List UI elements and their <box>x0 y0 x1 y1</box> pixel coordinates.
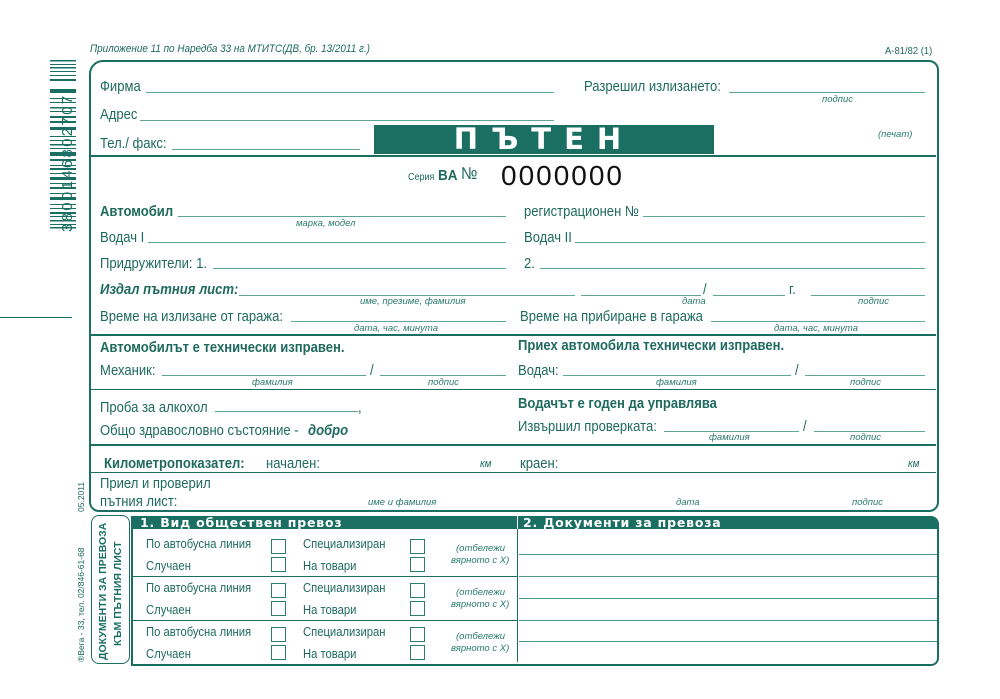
mark-note-1: (отбележи <box>456 587 505 598</box>
checked-signature-hint: подпис <box>850 432 881 443</box>
option-goods: На товари <box>303 603 356 617</box>
tech-driver-surname-field[interactable] <box>563 375 791 376</box>
option-specialized: Специализиран <box>303 537 385 551</box>
doc-line-3[interactable] <box>519 598 937 599</box>
checkbox-bus-line[interactable] <box>271 627 286 642</box>
date-code: 05.2011 <box>76 482 86 512</box>
mechanic-signature-field[interactable] <box>380 375 506 376</box>
option-bus-line: По автобусна линия <box>146 537 251 551</box>
transport-table <box>131 516 939 666</box>
driver1-field[interactable] <box>148 242 506 243</box>
tech-driver-label: Водач: <box>518 363 559 379</box>
mechanic-signature-hint: подпис <box>428 377 459 388</box>
odometer-label: Километропоказател: <box>104 456 245 472</box>
series-label: Серия <box>408 172 434 183</box>
odometer-end-label: краен: <box>520 456 558 472</box>
companion2-field[interactable] <box>540 268 925 269</box>
companion1-field[interactable] <box>213 268 506 269</box>
tech-driver-surname-hint: фамилия <box>656 377 697 388</box>
odometer-start-unit: км <box>480 458 491 470</box>
barcode-number: 3800146802707 <box>59 94 76 232</box>
checkbox-specialized[interactable] <box>410 627 425 642</box>
authorized-label: Разрешил излизането: <box>584 79 721 95</box>
option-occasional: Случаен <box>146 603 191 617</box>
checkbox-goods[interactable] <box>410 645 425 660</box>
mark-note-2: вярното с X) <box>451 555 509 566</box>
accepted-label-line1: Приел и проверил <box>100 476 211 492</box>
mechanic-slash: / <box>370 363 374 379</box>
driver2-field[interactable] <box>575 242 925 243</box>
alcohol-comma: , <box>358 400 362 416</box>
row-divider <box>133 576 518 577</box>
odometer-end-unit: км <box>908 458 919 470</box>
tech-driver-signature-hint: подпис <box>850 377 881 388</box>
phone-label: Тел./ факс: <box>100 136 167 152</box>
departure-hint: дата, час, минута <box>354 323 438 334</box>
option-occasional: Случаен <box>146 647 191 661</box>
docs-title-line2: КЪМ ПЪТНИЯ ЛИСТ <box>112 541 124 646</box>
issued-label: Издал пътния лист: <box>100 282 238 298</box>
accepted-label-line2: пътния лист: <box>100 494 177 510</box>
authorized-signature-field[interactable] <box>729 92 925 93</box>
firm-label: Фирма <box>100 79 141 95</box>
tech-received-label: Приех автомобила технически изправен. <box>518 338 784 354</box>
signature-hint: подпис <box>822 94 853 105</box>
fit-label: Водачът е годен да управлява <box>518 396 717 412</box>
mechanic-label: Механик: <box>100 363 155 379</box>
issued-signature-hint: подпис <box>858 296 889 307</box>
divider <box>90 334 936 336</box>
mechanic-surname-hint: фамилия <box>252 377 293 388</box>
car-hint: марка, модел <box>296 218 356 229</box>
row-divider <box>133 620 518 621</box>
tech-ok-label: Автомобилът е технически изправен. <box>100 340 345 356</box>
form-code: A-81/82 (1) <box>885 45 932 57</box>
serial-number: 0000000 <box>501 160 624 192</box>
departure-field[interactable] <box>291 321 506 322</box>
odometer-start-label: начален: <box>266 456 320 472</box>
companions-label: Придружители: 1. <box>100 256 207 272</box>
checkbox-occasional[interactable] <box>271 557 286 572</box>
companion2-label: 2. <box>524 256 535 272</box>
return-label: Време на прибиране в гаража <box>520 309 703 325</box>
firm-field[interactable] <box>146 92 554 93</box>
alcohol-label: Проба за алкохол <box>100 400 208 416</box>
tech-driver-signature-field[interactable] <box>805 375 925 376</box>
checkbox-specialized[interactable] <box>410 539 425 554</box>
divider <box>90 472 936 473</box>
doc-line-5[interactable] <box>519 641 937 642</box>
mechanic-surname-field[interactable] <box>162 375 366 376</box>
issued-hint: име, презиме, фамилия <box>360 296 466 307</box>
date-hint: дата <box>682 296 706 307</box>
stamp-hint: (печат) <box>878 129 912 140</box>
checkbox-bus-line[interactable] <box>271 539 286 554</box>
mark-note-1: (отбележи <box>456 543 505 554</box>
year-suffix: г. <box>789 282 796 298</box>
option-occasional: Случаен <box>146 559 191 573</box>
checked-slash: / <box>803 419 807 435</box>
option-bus-line: По автобусна линия <box>146 625 251 639</box>
regulation-note: Приложение 11 по Наредба 33 на МТИТС(ДВ,… <box>90 43 370 55</box>
doc-line-4[interactable] <box>519 620 937 621</box>
phone-field[interactable] <box>172 149 360 150</box>
checkbox-bus-line[interactable] <box>271 583 286 598</box>
option-bus-line: По автобусна линия <box>146 581 251 595</box>
car-label: Автомобил <box>100 204 173 220</box>
divider <box>90 444 936 446</box>
checkbox-occasional[interactable] <box>271 601 286 616</box>
option-goods: На товари <box>303 647 356 661</box>
option-specialized: Специализиран <box>303 625 385 639</box>
docs-title-line1: ДОКУМЕНТИ ЗА ПРЕВОЗА <box>97 523 109 660</box>
mark-note-2: вярното с X) <box>451 643 509 654</box>
section2-title: 2. Документи за превоза <box>523 515 722 530</box>
reg-label: регистрационен № <box>524 204 639 220</box>
tech-driver-slash: / <box>795 363 799 379</box>
departure-label: Време на излизане от гаража: <box>100 309 283 325</box>
return-field[interactable] <box>711 321 925 322</box>
checkbox-occasional[interactable] <box>271 645 286 660</box>
option-goods: На товари <box>303 559 356 573</box>
alcohol-field[interactable] <box>215 411 358 412</box>
divider <box>90 389 936 390</box>
issued-year-field[interactable] <box>713 295 785 296</box>
mark-note-1: (отбележи <box>456 631 505 642</box>
series-value: BA <box>438 167 458 184</box>
printer-info: ®Вега - 33, тел. 02/846-61-68 <box>76 547 86 662</box>
address-field[interactable] <box>140 120 554 121</box>
driver2-label: Водач II <box>524 230 572 246</box>
option-specialized: Специализиран <box>303 581 385 595</box>
checkbox-goods[interactable] <box>410 601 425 616</box>
doc-line-2[interactable] <box>519 576 937 577</box>
accepted-signature-hint: подпис <box>852 497 883 508</box>
mark-note-2: вярното с X) <box>451 599 509 610</box>
reg-field[interactable] <box>643 216 925 217</box>
column-divider <box>517 529 518 662</box>
general-health-label: Общо здравословно състояние - <box>100 423 299 439</box>
form-title: ПЪТЕН ЛИСТ <box>374 125 714 154</box>
general-health-value: добро <box>308 423 348 439</box>
number-sign: № <box>461 164 477 184</box>
section1-title: 1. Вид обществен превоз <box>140 515 342 530</box>
accepted-date-hint: дата <box>676 497 700 508</box>
checkbox-specialized[interactable] <box>410 583 425 598</box>
checked-surname-hint: фамилия <box>709 432 750 443</box>
accepted-name-hint: име и фамилия <box>368 497 436 508</box>
crop-mark <box>0 317 72 318</box>
checked-label: Извършил проверката: <box>518 419 657 435</box>
driver1-label: Водач I <box>100 230 144 246</box>
address-label: Адрес <box>100 107 137 123</box>
divider <box>90 155 936 157</box>
car-field[interactable] <box>178 216 506 217</box>
doc-line-1[interactable] <box>519 554 937 555</box>
checkbox-goods[interactable] <box>410 557 425 572</box>
return-hint: дата, час, минута <box>774 323 858 334</box>
